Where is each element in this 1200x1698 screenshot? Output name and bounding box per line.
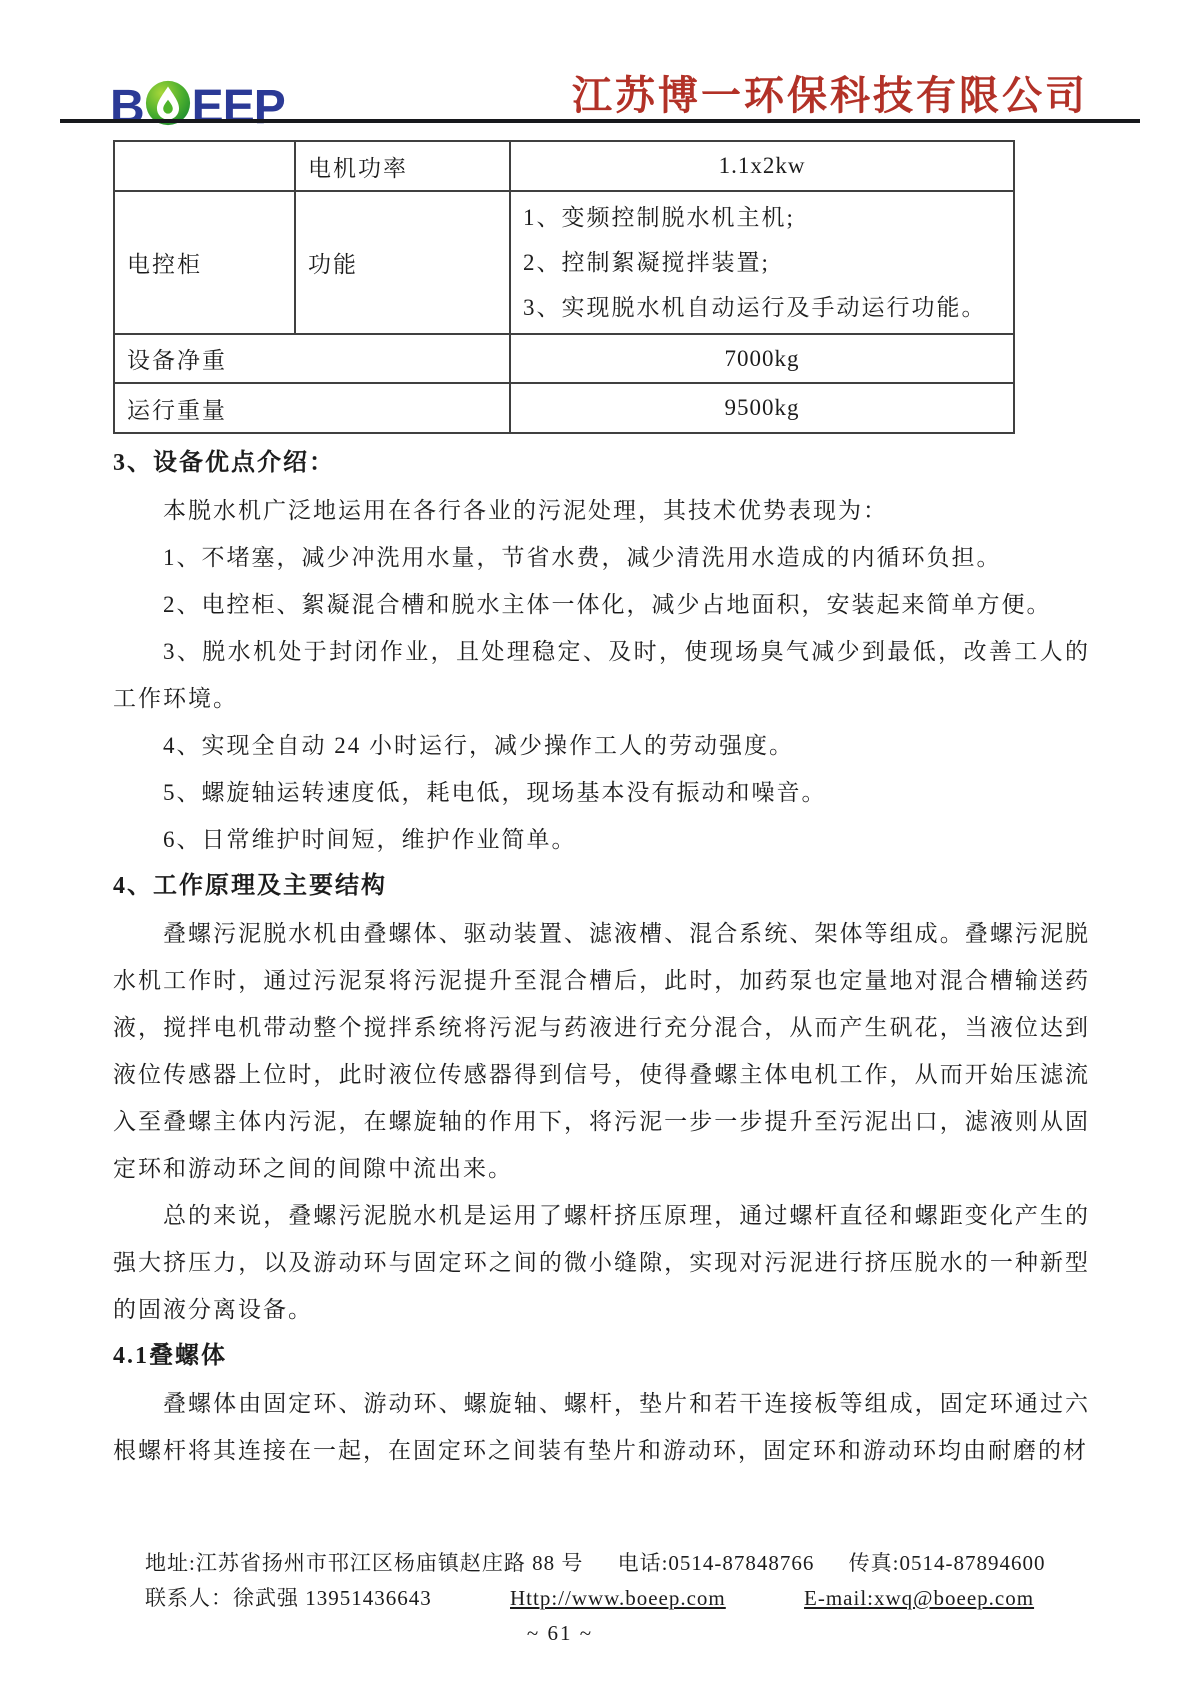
advantage-item-4: 4、实现全自动 24 小时运行，减少操作工人的劳动强度。: [113, 722, 1090, 769]
advantage-item-3: 3、脱水机处于封闭作业，且处理稳定、及时，使现场臭气减少到最低，改善工人的工作环…: [113, 628, 1090, 722]
cabinet-label: 电控柜: [114, 191, 295, 334]
function-item: 2、控制絮凝搅拌装置;: [523, 240, 1013, 285]
advantage-item-6: 6、日常维护时间短，维护作业简单。: [113, 816, 1090, 863]
footer-contact-line2: 联系人：徐武强 13951436643 Http://www.boeep.com…: [145, 1581, 975, 1616]
footer-contact-line1: 地址:江苏省扬州市邗江区杨庙镇赵庄路 88 号 电话:0514-87848766…: [145, 1546, 975, 1581]
advantage-item-2: 2、电控柜、絮凝混合槽和脱水主体一体化，减少占地面积，安装起来简单方便。: [113, 581, 1090, 628]
website-link[interactable]: Http://www.boeep.com: [510, 1586, 726, 1610]
footer-phone: 电话:0514-87848766: [618, 1551, 815, 1575]
company-name: 江苏博一环保科技有限公司: [572, 74, 1088, 118]
table-row-motor-power: 电机功率 1.1x2kw: [114, 141, 1014, 191]
net-weight-label: 设备净重: [114, 334, 510, 383]
document-page: B EEP 江苏博一环保科技有限公司 电机功率: [0, 0, 1200, 1698]
water-drop-logo-icon: [145, 80, 191, 135]
spec-table: 电机功率 1.1x2kw 电控柜 功能 1、变频控制脱水机主机; 2、控制絮凝搅…: [113, 140, 1015, 434]
section41-paragraph: 叠螺体由固定环、游动环、螺旋轴、螺杆，垫片和若干连接板等组成，固定环通过六根螺杆…: [113, 1380, 1090, 1474]
function-item: 3、实现脱水机自动运行及手动运行功能。: [523, 285, 1013, 330]
net-weight-value: 7000kg: [510, 334, 1014, 383]
page-number: ~ 61 ~: [145, 1616, 975, 1651]
email-link[interactable]: E-mail:xwq@boeep.com: [804, 1586, 1034, 1610]
function-label: 功能: [295, 191, 510, 334]
logo-letters-eep: EEP: [192, 84, 285, 132]
section3-heading: 3、设备优点介绍：: [113, 440, 1090, 487]
section41-heading: 4.1叠螺体: [113, 1333, 1090, 1380]
advantage-item-1: 1、不堵塞，减少冲洗用水量，节省水费，减少清洗用水造成的内循环负担。: [113, 534, 1090, 581]
header-divider-rule: [60, 119, 1140, 123]
advantage-item-5: 5、螺旋轴运转速度低，耗电低，现场基本没有振动和噪音。: [113, 769, 1090, 816]
boeep-logo: B EEP: [110, 80, 285, 135]
table-row-running-weight: 运行重量 9500kg: [114, 383, 1014, 433]
function-item: 1、变频控制脱水机主机;: [523, 195, 1013, 240]
motor-power-label: 电机功率: [295, 141, 510, 191]
table-row-control-cabinet: 电控柜 功能 1、变频控制脱水机主机; 2、控制絮凝搅拌装置; 3、实现脱水机自…: [114, 191, 1014, 334]
section4-heading: 4、工作原理及主要结构: [113, 863, 1090, 910]
document-body: 3、设备优点介绍： 本脱水机广泛地运用在各行各业的污泥处理，其技术优势表现为： …: [113, 440, 1090, 1474]
footer-address: 地址:江苏省扬州市邗江区杨庙镇赵庄路 88 号: [145, 1551, 583, 1575]
logo-letter-b: B: [110, 84, 144, 132]
running-weight-label: 运行重量: [114, 383, 510, 433]
section4-paragraph-2: 总的来说，叠螺污泥脱水机是运用了螺杆挤压原理，通过螺杆直径和螺距变化产生的强大挤…: [113, 1192, 1090, 1333]
empty-cell: [114, 141, 295, 191]
function-items-cell: 1、变频控制脱水机主机; 2、控制絮凝搅拌装置; 3、实现脱水机自动运行及手动运…: [510, 191, 1014, 334]
page-footer: 地址:江苏省扬州市邗江区杨庙镇赵庄路 88 号 电话:0514-87848766…: [145, 1546, 975, 1651]
footer-fax: 传真:0514-87894600: [849, 1551, 1046, 1575]
section3-intro: 本脱水机广泛地运用在各行各业的污泥处理，其技术优势表现为：: [113, 487, 1090, 534]
table-row-net-weight: 设备净重 7000kg: [114, 334, 1014, 383]
section4-paragraph-1: 叠螺污泥脱水机由叠螺体、驱动装置、滤液槽、混合系统、架体等组成。叠螺污泥脱水机工…: [113, 910, 1090, 1192]
motor-power-value: 1.1x2kw: [510, 141, 1014, 191]
footer-contact-person: 联系人：徐武强 13951436643: [145, 1586, 432, 1610]
running-weight-value: 9500kg: [510, 383, 1014, 433]
